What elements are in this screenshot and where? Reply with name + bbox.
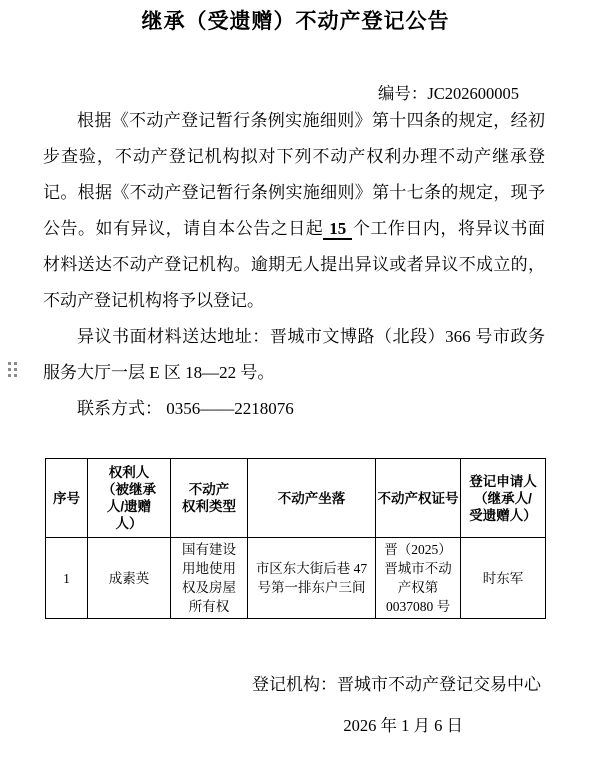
paragraph-legal-basis: 根据《不动产登记暂行条例实施细则》第十四条的规定，经初步查验，不动产登记机构拟对… — [43, 103, 545, 319]
col-header-right-type: 不动产 权利类型 — [171, 459, 248, 538]
table-row: 1 成素英 国有建设 用地使用 权及房屋 所有权 市区东大街后巷 47 号第一排… — [46, 538, 546, 619]
cell-applicant: 时东军 — [461, 538, 546, 619]
table-header-row: 序号 权利人 （被继承 人/遗赠 人） 不动产 权利类型 不动产坐落 不动产权证… — [46, 459, 546, 538]
objection-days-value: 15 — [323, 219, 352, 240]
doc-number-value: JC202600005 — [427, 84, 519, 103]
drag-handle-icon[interactable] — [8, 362, 17, 377]
cell-holder: 成素英 — [88, 538, 171, 619]
col-header-location: 不动产坐落 — [248, 459, 376, 538]
cell-serial: 1 — [46, 538, 88, 619]
registration-agency: 登记机构：晋城市不动产登记交易中心 — [43, 670, 545, 695]
doc-number-label: 编号： — [378, 84, 428, 103]
col-header-applicant: 登记申请人 （继承人/ 受遗赠人） — [461, 459, 546, 538]
announcement-date: 2026 年 1 月 6 日 — [43, 712, 545, 736]
registration-table: 序号 权利人 （被继承 人/遗赠 人） 不动产 权利类型 不动产坐落 不动产权证… — [45, 458, 546, 619]
paragraph-delivery-address: 异议书面材料送达地址：晋城市文博路（北段）366 号市政务服务大厅一层 E 区 … — [43, 319, 545, 391]
cell-location: 市区东大街后巷 47 号第一排东户三间 — [248, 538, 376, 619]
col-header-holder: 权利人 （被继承 人/遗赠 人） — [88, 459, 171, 538]
cell-cert-no: 晋（2025） 晋城市不动 产权第 0037080 号 — [376, 538, 461, 619]
announcement-body: 根据《不动产登记暂行条例实施细则》第十四条的规定，经初步查验，不动产登记机构拟对… — [43, 103, 545, 427]
col-header-cert-no: 不动产权证号 — [376, 459, 461, 538]
doc-number: 编号：JC202600005 — [378, 80, 519, 104]
document-page: 继承（受遗赠）不动产登记公告 编号：JC202600005 根据《不动产登记暂行… — [0, 0, 591, 766]
paragraph-contact: 联系方式： 0356——2218076 — [43, 391, 545, 427]
col-header-serial: 序号 — [46, 459, 88, 538]
page-title: 继承（受遗赠）不动产登记公告 — [0, 5, 591, 35]
cell-right-type: 国有建设 用地使用 权及房屋 所有权 — [171, 538, 248, 619]
